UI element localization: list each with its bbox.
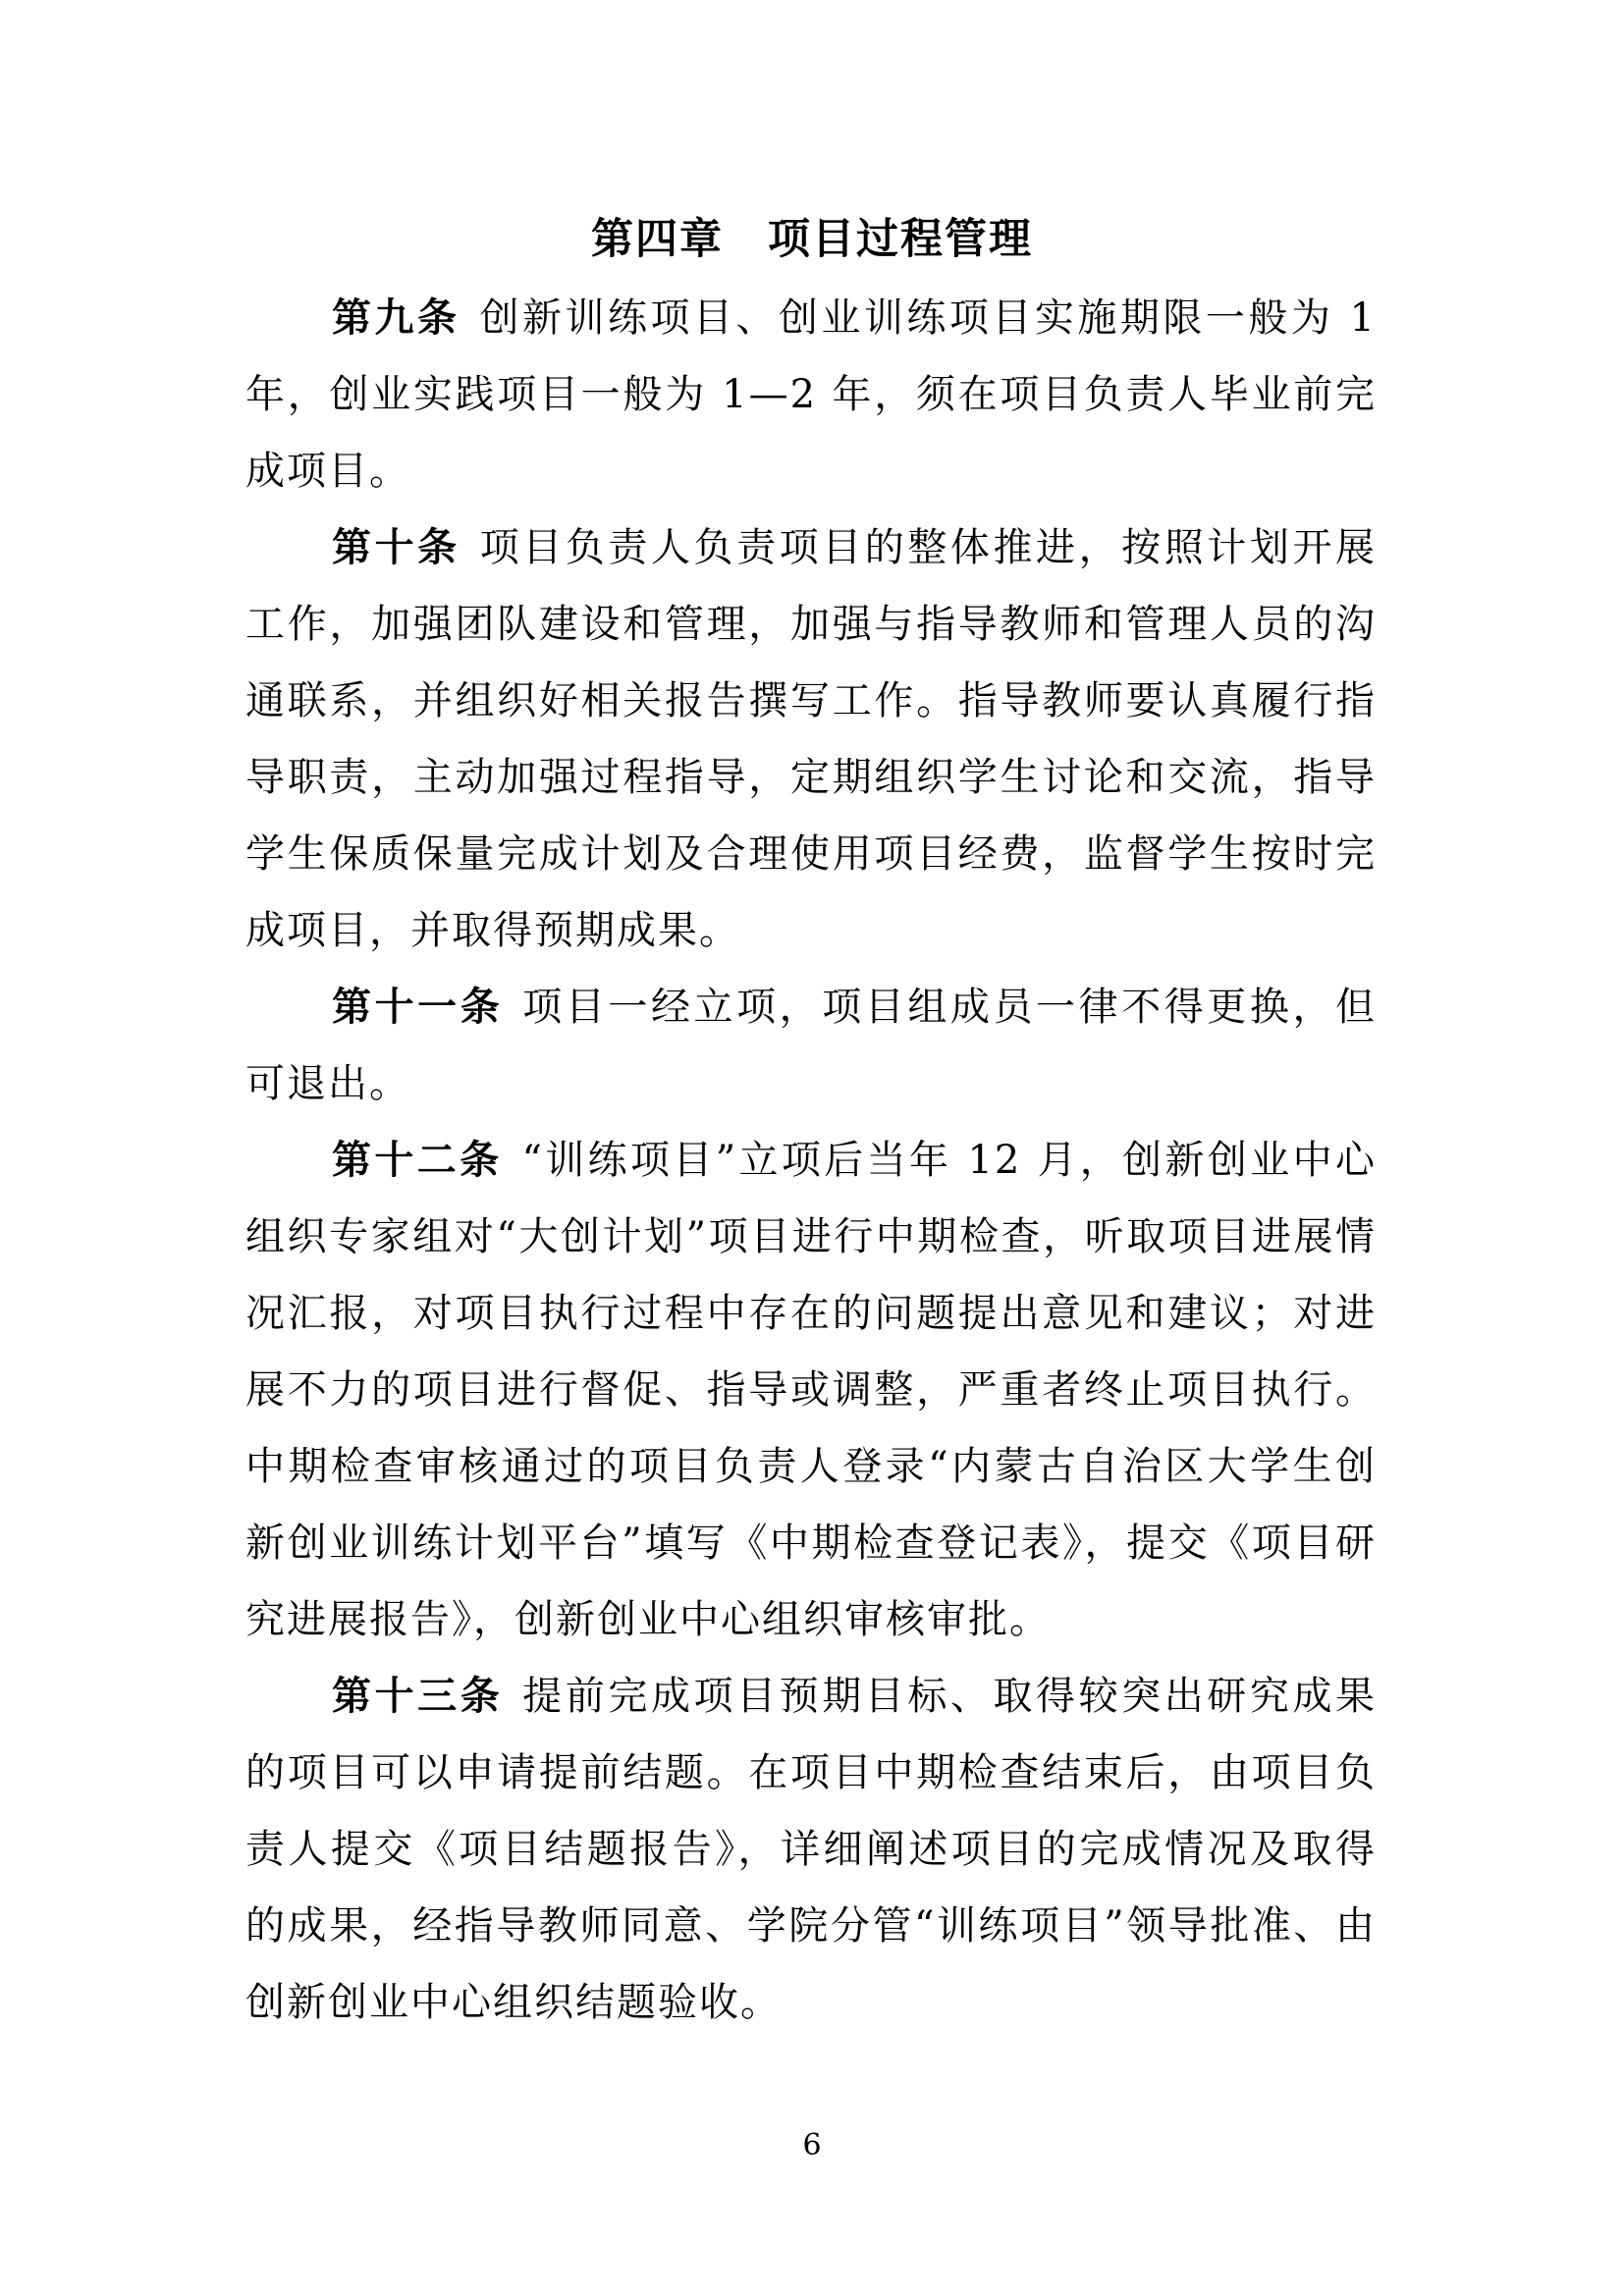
article-9-number: 第九条 bbox=[332, 294, 460, 341]
article-13-text: 提前完成项目预期目标、取得较突出研究成果的项目可以申请提前结题。在项目中期检查结… bbox=[245, 1674, 1377, 2025]
document-page: 第四章 项目过程管理 第九条创新训练项目、创业训练项目实施期限一般为 1 年，创… bbox=[0, 0, 1624, 2296]
article-11-number: 第十一条 bbox=[332, 984, 503, 1030]
article-10-text: 项目负责人负责项目的整体推进，按照计划开展工作，加强团队建设和管理，加强与指导教… bbox=[245, 525, 1377, 953]
document-body: 第九条创新训练项目、创业训练项目实施期限一般为 1 年，创业实践项目一般为 1—… bbox=[245, 280, 1377, 2041]
page-number: 6 bbox=[0, 2128, 1624, 2163]
article-13-number: 第十三条 bbox=[332, 1673, 503, 1719]
chapter-title: 第四章 项目过程管理 bbox=[0, 214, 1624, 265]
article-12-number: 第十二条 bbox=[332, 1137, 502, 1183]
article-10-paragraph: 第十条项目负责人负责项目的整体推进，按照计划开展工作，加强团队建设和管理，加强与… bbox=[245, 509, 1377, 969]
article-13-paragraph: 第十三条提前完成项目预期目标、取得较突出研究成果的项目可以申请提前结题。在项目中… bbox=[245, 1658, 1377, 2041]
article-12-paragraph: 第十二条“训练项目”立项后当年 12 月，创新创业中心组织专家组对“大创计划”项… bbox=[245, 1122, 1377, 1658]
article-12-text: “训练项目”立项后当年 12 月，创新创业中心组织专家组对“大创计划”项目进行中… bbox=[245, 1138, 1377, 1642]
article-9-paragraph: 第九条创新训练项目、创业训练项目实施期限一般为 1 年，创业实践项目一般为 1—… bbox=[245, 280, 1377, 509]
article-11-paragraph: 第十一条项目一经立项，项目组成员一律不得更换，但可退出。 bbox=[245, 969, 1377, 1122]
article-10-number: 第十条 bbox=[332, 524, 460, 570]
